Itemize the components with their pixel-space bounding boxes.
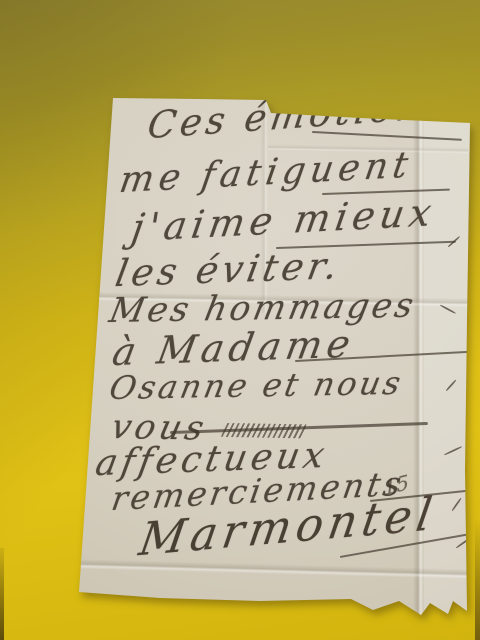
photo-scene: Ces émotions me fatiguent j'aime mieux l… bbox=[0, 0, 480, 640]
photo-edge-shadow-right bbox=[475, 520, 480, 640]
photo-edge-shadow-left bbox=[0, 548, 4, 640]
paper-sheet: Ces émotions me fatiguent j'aime mieux l… bbox=[0, 0, 480, 640]
handwritten-line-7: Osanne et nous bbox=[106, 364, 406, 407]
letter-paper: Ces émotions me fatiguent j'aime mieux l… bbox=[0, 0, 480, 640]
handwritten-line-3: j'aime mieux bbox=[128, 190, 439, 250]
